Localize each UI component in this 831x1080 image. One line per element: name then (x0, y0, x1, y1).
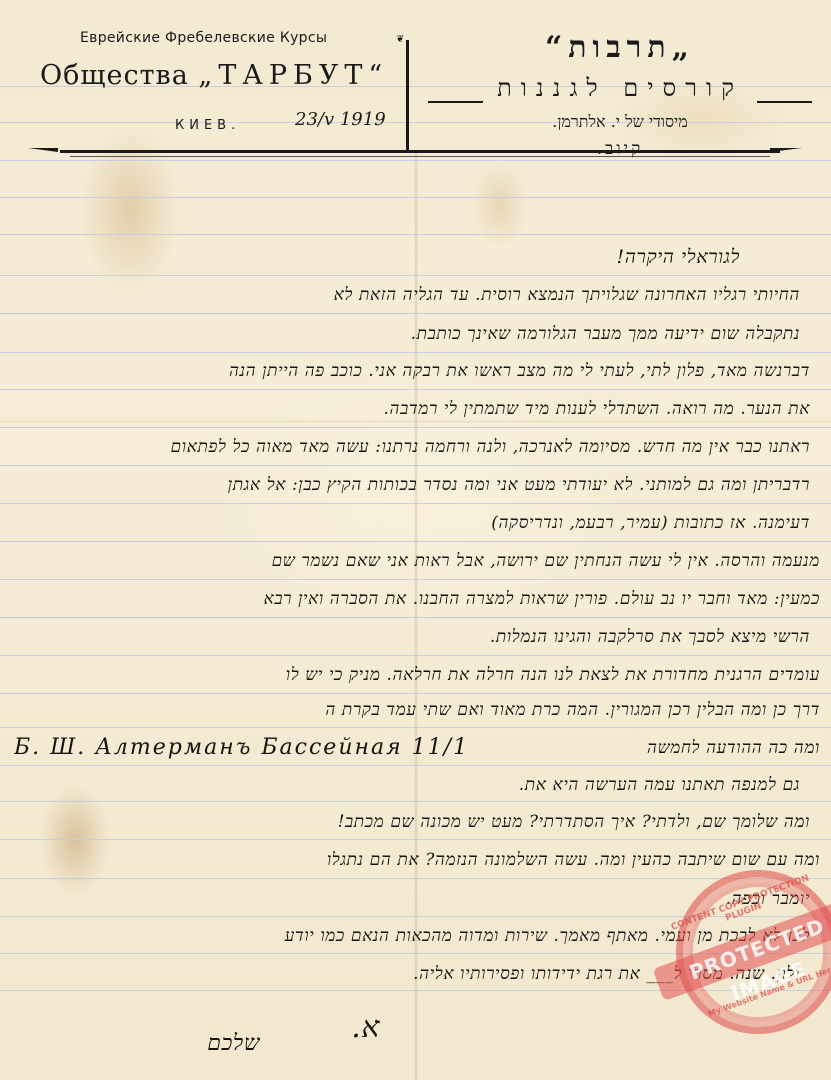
letter-line: עומדים הרגנית מחדורת את לצאת לנו הנה חרל… (20, 665, 820, 685)
ruled-line (0, 617, 831, 618)
letter-line: את הנער. מה רואה. השתדלי לענות מיד שתמתי… (20, 399, 810, 419)
ruled-line (0, 465, 831, 466)
letter-line: ומה שלומך שם, ולדתי? איך הסתדרתי? מעט יש… (20, 812, 810, 832)
ruled-line (0, 693, 831, 694)
society-prefix: Общества (40, 60, 189, 91)
letter-line: דעימנה. אז כתובות (עמיר, רבעמ, ונדריסקה) (20, 513, 810, 533)
letter-line: ומה עם שום שיתבה כהעין ומה. עשה השלמונה … (20, 850, 820, 870)
ruled-line (0, 427, 831, 428)
russian-city: КИЕВ. (175, 118, 240, 133)
letter-line: נתקבלה שום ידיעה ממך מעבר הגלורמה שאינך … (20, 324, 800, 344)
signature: א. (300, 1010, 380, 1045)
ruled-line (0, 839, 831, 840)
letter-line: החיותי רגליו האחרונה שגלויתך הנמצא רוסית… (20, 285, 800, 305)
russian-course-name: Еврейские Фребелевские Курсы (80, 30, 327, 46)
ruled-line (0, 275, 831, 276)
ruled-line (0, 389, 831, 390)
russian-address: Б. Ш. Алтерманъ Бассейная 11/1 (14, 735, 464, 760)
russian-society-name: Общества „ТАРБУТ“ (40, 60, 388, 91)
closing: שלכם (110, 1030, 260, 1056)
hebrew-founder: מיסודי של י. אלתרמן. (420, 112, 820, 132)
letter-line: ראתנו כבר אין מה חדש. מסיומה לאנרכה, ולנ… (20, 437, 810, 457)
ornament-icon: ❦ (396, 34, 404, 45)
letter-line: מנעמה והרסה. אין לי עשה הנחתין שם ירושה,… (20, 551, 820, 571)
letter-line: כמעין: מאד וחבר יו נב עולם. פורין שראות … (20, 589, 820, 609)
ruled-line (0, 579, 831, 580)
hebrew-city: קיוב. (420, 139, 820, 159)
ruled-line (0, 313, 831, 314)
ruled-line (0, 655, 831, 656)
letter-line: דרך כן ומה הבלין רכן המגורין. המה כרת מא… (20, 700, 820, 720)
ruled-line (0, 234, 831, 235)
ruled-line (0, 878, 831, 879)
bar-ornament-left (28, 148, 58, 156)
letter-line: הרשי מיצא לסבך את סרלקבה והגינו הנמלות. (20, 627, 810, 647)
ruled-line (0, 197, 831, 198)
dash-rule (757, 101, 812, 103)
letterhead-divider (406, 40, 409, 150)
handwritten-date: 23/v 1919 (295, 109, 386, 130)
letter-line: דברנשה מאד, פלון לתי, לעתי לי מה מצב ראש… (20, 361, 810, 381)
ruled-line (0, 801, 831, 802)
salutation: לגוראלי היקרה! (400, 246, 740, 269)
letter-line: רדבריתן ומה גם למותני. לא יעודתי מעט אני… (20, 475, 810, 495)
ruled-line (0, 503, 831, 504)
hebrew-title: „תרבות“ (420, 30, 820, 65)
ruled-line (0, 541, 831, 542)
letter-line: גם למנפה תאתנו עמה הערשה היא את. (200, 775, 800, 795)
society-tarbut: „ТАРБУТ“ (198, 60, 388, 91)
hebrew-subtitle: קורסים לגננות (420, 74, 820, 103)
ruled-line (0, 727, 831, 728)
letter-line: ומה כה ההודעה לחמשה (460, 738, 820, 758)
ruled-line (0, 352, 831, 353)
ruled-line (0, 765, 831, 766)
horizontal-fold-crease (0, 420, 831, 423)
ruled-line (0, 160, 831, 161)
